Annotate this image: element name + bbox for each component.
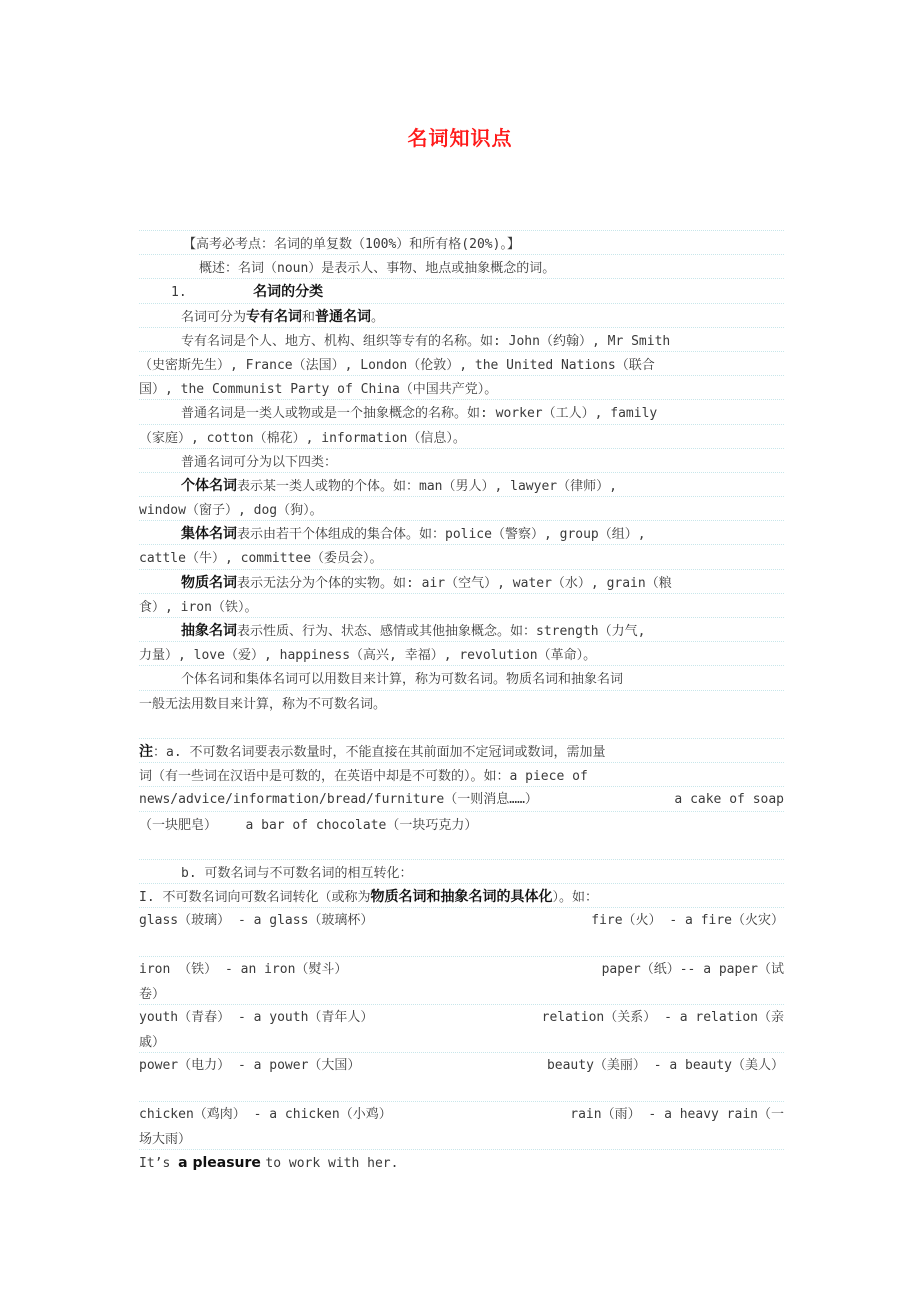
document-body: 【高考必考点：名词的单复数（100%）和所有格(20%)。】 概述：名词（nou…	[139, 230, 784, 1173]
note-a-text: a. 不可数名词要表示数量时，不能直接在其前面加不定冠词或数词，需加量	[166, 745, 605, 760]
four-types-intro-text: 普通名词可分为以下四类：	[181, 455, 337, 470]
proper-def-text: 专有名词是个人、地方、机构、组织等专有的名称。如: John（约翰）, Mr S…	[181, 334, 670, 349]
type-collective-line-2: cattle（牛）, committee（委员会）。	[139, 544, 784, 568]
proper-def-text: 国）, the Communist Party of China（中国共产党）。	[139, 382, 497, 397]
type-material-line-1: 物质名词表示无法分为个体的实物。如: air（空气）, water（水）, gr…	[139, 569, 784, 593]
type-name: 物质名词	[181, 575, 237, 591]
type-abstract-line-2: 力量）, love（爱）, happiness（高兴, 幸福）, revolut…	[139, 641, 784, 665]
overview-line: 概述：名词（noun）是表示人、事物、地点或抽象概念的词。	[139, 254, 784, 278]
type-name: 集体名词	[181, 526, 237, 542]
classify-prefix: 名词可分为	[181, 310, 246, 325]
example-prefix: It’s	[139, 1156, 178, 1171]
example-sentence-line: It’s a pleasure to work with her.	[139, 1149, 784, 1173]
type-desc: 表示无法分为个体的实物。如: air（空气）, water（水）, grain（…	[237, 576, 672, 591]
conversion-right: paper（纸）-- a paper（试	[602, 958, 784, 980]
conversion-right: relation（关系） - a relation（亲	[542, 1006, 784, 1028]
proper-def-line-1: 专有名词是个人、地方、机构、组织等专有的名称。如: John（约翰）, Mr S…	[139, 327, 784, 351]
common-def-text: （家庭）, cotton（棉花）, information（信息）。	[139, 431, 466, 446]
document-page: 名词知识点 【高考必考点：名词的单复数（100%）和所有格(20%)。】 概述：…	[0, 0, 920, 1302]
conversion-row: power（电力） - a power（大国） beauty（美丽） - a b…	[139, 1052, 784, 1076]
conversion-left: chicken（鸡肉） - a chicken（小鸡）	[139, 1103, 392, 1125]
note-a-line-1: 注：a. 不可数名词要表示数量时，不能直接在其前面加不定冠词或数词，需加量	[139, 738, 784, 762]
conversion-right: fire（火） - a fire（火灾）	[591, 909, 784, 931]
common-def-text: 普通名词是一类人或物或是一个抽象概念的名称。如: worker（工人）, fam…	[181, 406, 657, 421]
note-a-example: news/advice/information/bread/furniture（…	[139, 788, 538, 810]
type-desc: 表示某一类人或物的个体。如：man（男人）, lawyer（律师）,	[237, 479, 617, 494]
note-label: 注	[139, 744, 153, 760]
section1-heading-line: 1. 名词的分类	[139, 278, 784, 302]
note-colon: ：	[153, 745, 166, 760]
type-collective-line-1: 集体名词表示由若干个体组成的集合体。如：police（警察）, group（组）…	[139, 520, 784, 544]
note-b-text: b. 可数名词与不可数名词的相互转化：	[181, 866, 412, 881]
type-desc: window（窗子）, dog（狗）。	[139, 503, 323, 518]
roman-i-prefix: I. 不可数名词向可数名词转化（或称为	[139, 890, 370, 905]
proper-def-line-2: （史密斯先生）, France（法国）, London（伦敦）, the Uni…	[139, 351, 784, 375]
conversion-blank	[139, 931, 784, 955]
classify-line: 名词可分为专有名词和普通名词。	[139, 303, 784, 327]
type-desc: 表示由若干个体组成的集合体。如：police（警察）, group（组）,	[237, 527, 646, 542]
conversion-row: iron （铁） - an iron（熨斗） paper（纸）-- a pape…	[139, 956, 784, 980]
conversion-wrap-text: 场大雨）	[139, 1132, 191, 1147]
conversion-wrap: 戚）	[139, 1028, 784, 1052]
type-name: 个体名词	[181, 478, 237, 494]
classify-suffix: 。	[371, 310, 384, 325]
conversion-row: glass（玻璃） - a glass（玻璃杯） fire（火） - a fir…	[139, 907, 784, 931]
type-desc: 食）, iron（铁）。	[139, 600, 257, 615]
example-suffix: to work with her.	[265, 1156, 398, 1171]
type-individual-line-1: 个体名词表示某一类人或物的个体。如：man（男人）, lawyer（律师）,	[139, 472, 784, 496]
proper-noun-term: 专有名词	[246, 309, 302, 325]
countable-summary-text: 一般无法用数目来计算，称为不可数名词。	[139, 697, 386, 712]
note-a-line-2: 词（有一些词在汉语中是可数的，在英语中却是不可数的）。如：a piece of	[139, 762, 784, 786]
exam-point-text: 【高考必考点：名词的单复数（100%）和所有格(20%)。】	[183, 237, 520, 252]
conversion-right: beauty（美丽） - a beauty（美人）	[547, 1054, 784, 1076]
roman-i-line: I. 不可数名词向可数名词转化（或称为物质名词和抽象名词的具体化）。如：	[139, 883, 784, 907]
exam-point-line: 【高考必考点：名词的单复数（100%）和所有格(20%)。】	[139, 230, 784, 254]
blank-line	[139, 835, 784, 859]
roman-i-suffix: ）。如：	[552, 890, 598, 905]
countable-summary-line-2: 一般无法用数目来计算，称为不可数名词。	[139, 690, 784, 714]
conversion-left: glass（玻璃） - a glass（玻璃杯）	[139, 909, 373, 931]
common-noun-term: 普通名词	[315, 309, 371, 325]
countable-summary-text: 个体名词和集体名词可以用数目来计算，称为可数名词。物质名词和抽象名词	[181, 672, 623, 687]
note-a-example: a cake of soap	[674, 788, 784, 810]
common-def-line-2: （家庭）, cotton（棉花）, information（信息）。	[139, 424, 784, 448]
classify-and: 和	[302, 310, 315, 325]
conversion-left: iron （铁） - an iron（熨斗）	[139, 958, 347, 980]
section-number: 1.	[171, 285, 187, 300]
page-title: 名词知识点	[0, 122, 920, 151]
conversion-left: power（电力） - a power（大国）	[139, 1054, 360, 1076]
conversion-row: chicken（鸡肉） - a chicken（小鸡） rain（雨） - a …	[139, 1101, 784, 1125]
note-a-line-3: news/advice/information/bread/furniture（…	[139, 786, 784, 810]
section-heading: 名词的分类	[253, 284, 323, 300]
conversion-wrap: 场大雨）	[139, 1125, 784, 1149]
conversion-wrap: 卷）	[139, 980, 784, 1004]
note-a-example: a bar of chocolate（一块巧克力）	[245, 818, 477, 833]
type-name: 抽象名词	[181, 623, 237, 639]
type-desc: 表示性质、行为、状态、感情或其他抽象概念。如：strength（力气,	[237, 624, 645, 639]
note-a-line-4: （一块肥皂） a bar of chocolate（一块巧克力）	[139, 811, 784, 835]
four-types-intro-line: 普通名词可分为以下四类：	[139, 448, 784, 472]
proper-def-text: （史密斯先生）, France（法国）, London（伦敦）, the Uni…	[139, 358, 655, 373]
countable-summary-line-1: 个体名词和集体名词可以用数目来计算，称为可数名词。物质名词和抽象名词	[139, 665, 784, 689]
conversion-left: youth（青春） - a youth（青年人）	[139, 1006, 373, 1028]
note-b-line: b. 可数名词与不可数名词的相互转化：	[139, 859, 784, 883]
note-a-example: （一块肥皂）	[139, 818, 217, 833]
type-desc: cattle（牛）, committee（委员会）。	[139, 551, 383, 566]
blank-line	[139, 714, 784, 738]
conversion-wrap-text: 卷）	[139, 987, 165, 1002]
roman-i-bold: 物质名词和抽象名词的具体化	[370, 889, 552, 905]
note-a-text: 词（有一些词在汉语中是可数的，在英语中却是不可数的）。如：a piece of	[139, 769, 588, 784]
proper-def-line-3: 国）, the Communist Party of China（中国共产党）。	[139, 375, 784, 399]
conversion-right: rain（雨） - a heavy rain（一	[570, 1103, 784, 1125]
overview-text: 概述：名词（noun）是表示人、事物、地点或抽象概念的词。	[199, 261, 555, 276]
type-abstract-line-1: 抽象名词表示性质、行为、状态、感情或其他抽象概念。如：strength（力气,	[139, 617, 784, 641]
type-desc: 力量）, love（爱）, happiness（高兴, 幸福）, revolut…	[139, 648, 596, 663]
type-individual-line-2: window（窗子）, dog（狗）。	[139, 496, 784, 520]
example-bold: a pleasure	[178, 1155, 261, 1171]
common-def-line-1: 普通名词是一类人或物或是一个抽象概念的名称。如: worker（工人）, fam…	[139, 399, 784, 423]
type-material-line-2: 食）, iron（铁）。	[139, 593, 784, 617]
conversion-blank	[139, 1077, 784, 1101]
conversion-wrap-text: 戚）	[139, 1035, 165, 1050]
conversion-row: youth（青春） - a youth（青年人） relation（关系） - …	[139, 1004, 784, 1028]
